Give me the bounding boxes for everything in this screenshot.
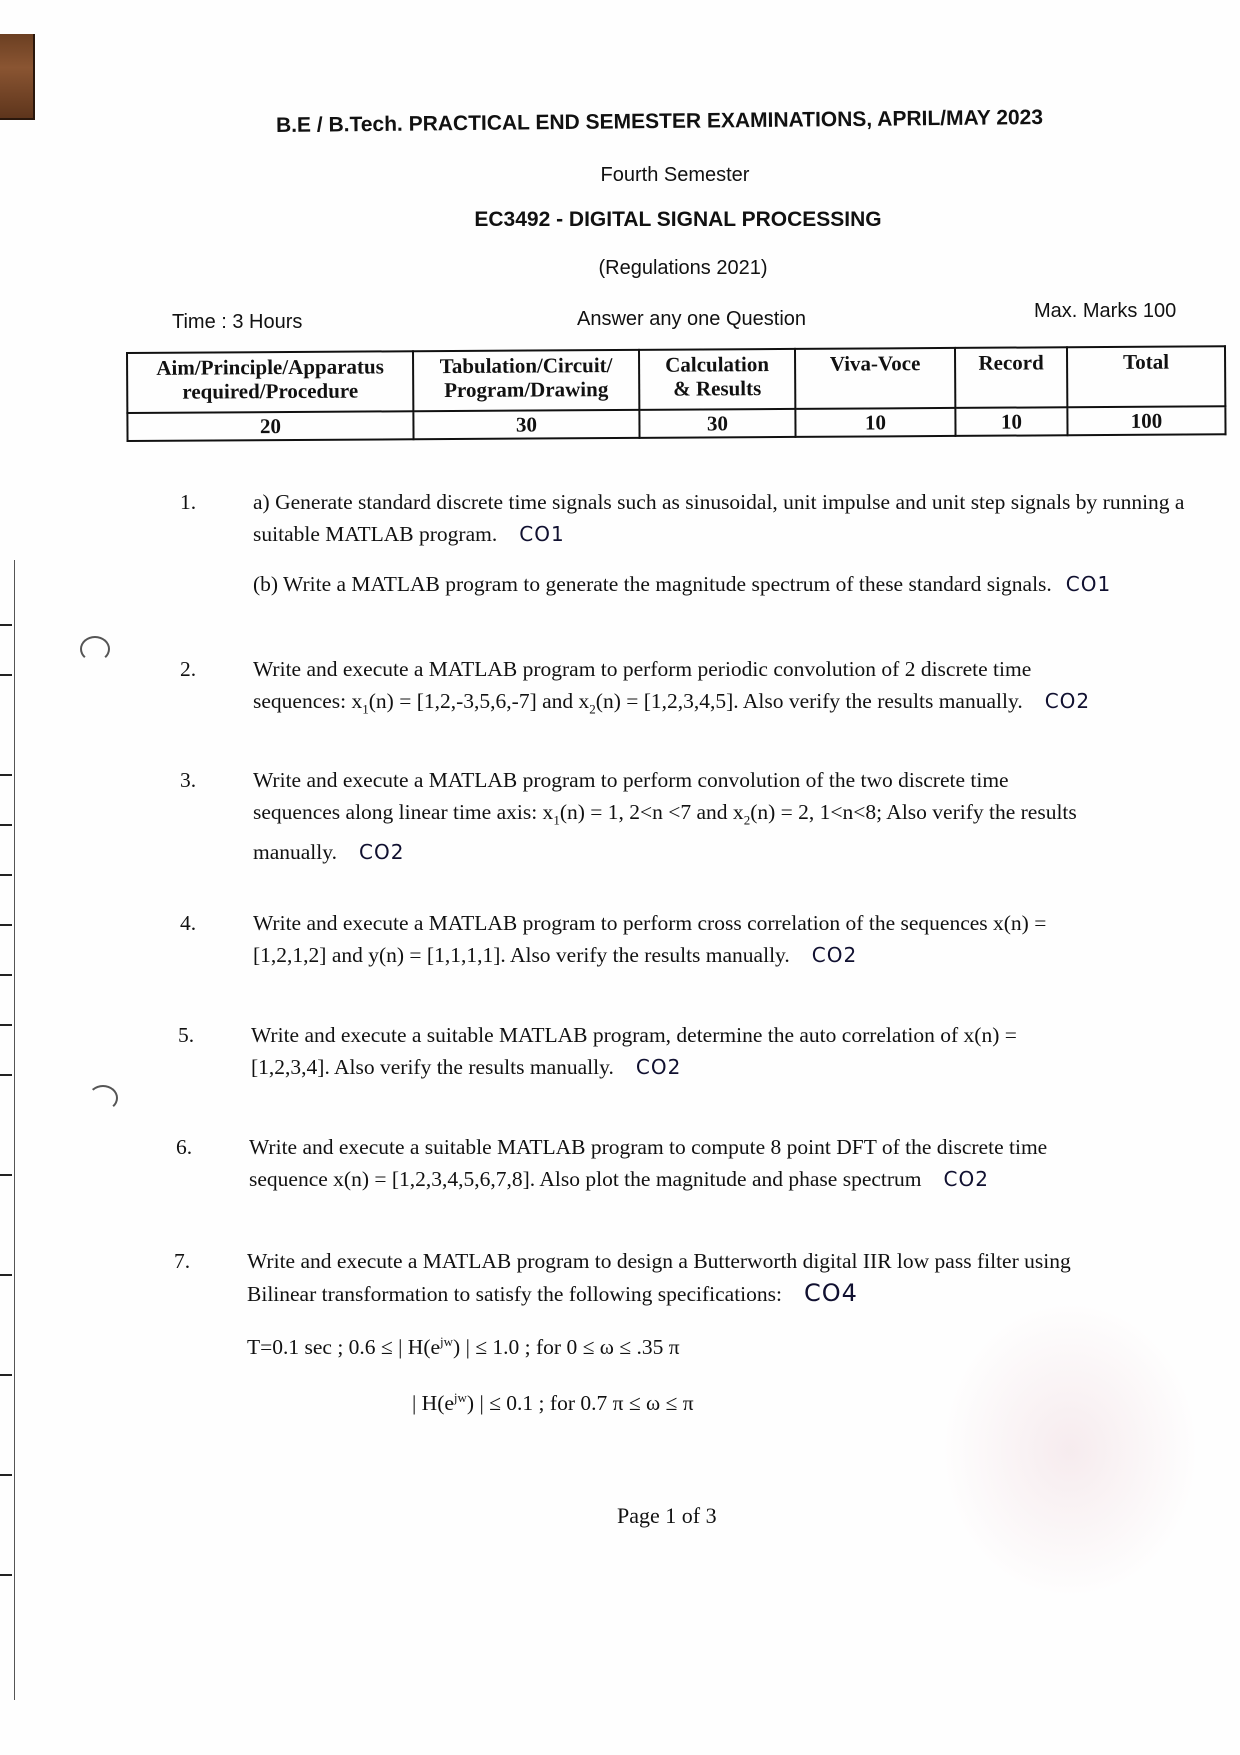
edge-tick [0, 1174, 12, 1176]
table-cell: 10 [795, 408, 955, 437]
table-header-cell: Record [955, 347, 1067, 408]
edge-tick [0, 624, 12, 626]
question-number: 3. [180, 764, 196, 796]
edge-tick [0, 824, 12, 826]
course-outcome-tag: CO2 [1045, 689, 1090, 713]
semester: Fourth Semester [55, 164, 1240, 187]
course-outcome-tag: CO1 [519, 522, 564, 546]
course-outcome-tag: CO2 [812, 943, 857, 967]
table-cell: 30 [413, 410, 639, 439]
edge-tick [0, 1024, 12, 1026]
table-cell: 100 [1067, 406, 1225, 435]
course-outcome-tag: CO2 [359, 840, 404, 864]
question-number: 6. [176, 1131, 192, 1163]
edge-tick [0, 1074, 12, 1076]
edge-tick [0, 774, 12, 776]
question-number: 5. [178, 1019, 194, 1051]
question-number: 2. [180, 653, 196, 685]
course-outcome-tag: CO2 [636, 1055, 681, 1079]
table-header-cell: Viva-Voce [795, 348, 955, 409]
table-header-cell: Total [1067, 346, 1225, 407]
course-outcome-tag: CO4 [804, 1279, 858, 1307]
edge-tick [0, 924, 12, 926]
exam-instruction: Answer any one Question [577, 308, 806, 331]
question-number: 4. [180, 907, 196, 939]
page-number: Page 1 of 3 [617, 1503, 717, 1529]
exam-duration: Time : 3 Hours [172, 311, 302, 334]
binding-strip [0, 34, 35, 120]
regulations: (Regulations 2021) [63, 257, 1240, 280]
page-left-edge [0, 560, 15, 1700]
table-cell: 20 [127, 411, 413, 441]
table-header-cell: Calculation& Results [639, 349, 795, 410]
edge-tick [0, 1274, 12, 1276]
edge-tick [0, 674, 12, 676]
table-header-cell: Tabulation/Circuit/Program/Drawing [413, 350, 639, 411]
question-number: 1. [180, 486, 196, 518]
table-header-cell: Aim/Principle/Apparatusrequired/Procedur… [127, 351, 413, 413]
course-outcome-tag: CO2 [944, 1167, 989, 1191]
edge-tick [0, 974, 12, 976]
edge-tick [0, 1574, 12, 1576]
paper-stain [940, 1300, 1200, 1600]
question-part-b: (b) Write a MATLAB program to generate t… [253, 568, 1233, 600]
edge-tick [0, 1374, 12, 1376]
table-cell: 30 [639, 409, 795, 438]
table-row: 20 30 30 10 10 100 [127, 406, 1225, 441]
pencil-mark [88, 1085, 118, 1111]
table-header-row: Aim/Principle/Apparatusrequired/Procedur… [127, 346, 1225, 413]
question-number: 7. [174, 1245, 190, 1277]
edge-tick [0, 874, 12, 876]
marks-distribution-table: Aim/Principle/Apparatusrequired/Procedur… [126, 345, 1227, 442]
edge-tick [0, 1474, 12, 1476]
filter-spec-passband: T=0.1 sec ; 0.6 ≤ | H(ejw) | ≤ 1.0 ; for… [247, 1334, 680, 1360]
table-cell: 10 [955, 407, 1067, 436]
pencil-mark [80, 636, 110, 662]
exam-title: B.E / B.Tech. PRACTICAL END SEMESTER EXA… [276, 105, 1116, 138]
max-marks: Max. Marks 100 [1034, 300, 1176, 323]
course-outcome-tag: CO1 [1066, 572, 1111, 596]
course-title: EC3492 - DIGITAL SIGNAL PROCESSING [58, 208, 1240, 232]
question-part-a: a) Generate standard discrete time signa… [253, 486, 1213, 550]
filter-spec-stopband: | H(ejw) | ≤ 0.1 ; for 0.7 π ≤ ω ≤ π [412, 1390, 694, 1416]
